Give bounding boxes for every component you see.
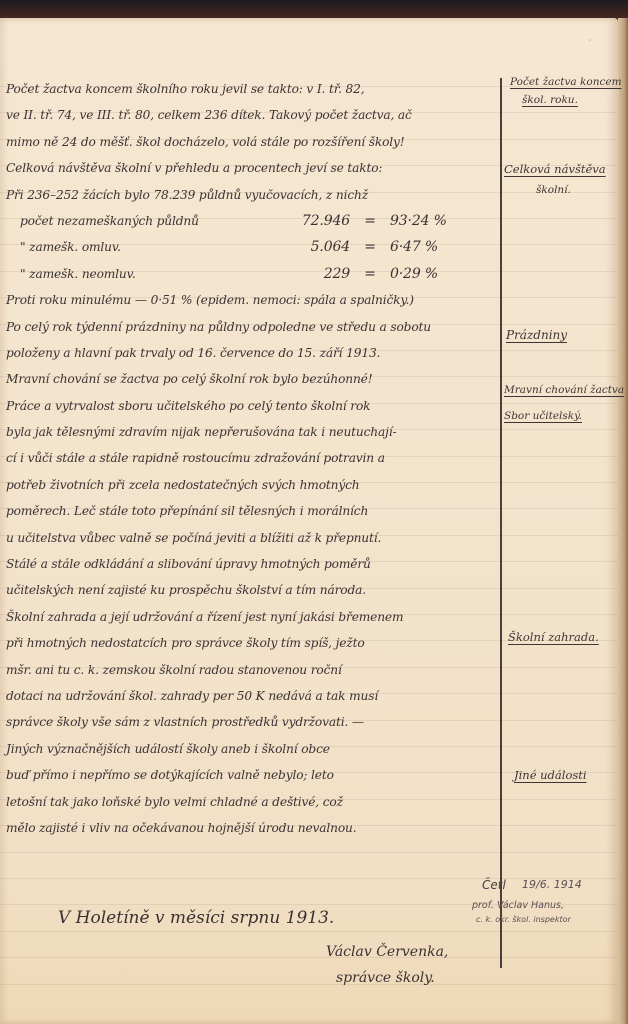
body-line: při hmotných nedostatcích pro správce šk…: [6, 630, 496, 656]
attendance-label: " zamešk. omluv.: [6, 234, 270, 260]
signature-title: správce školy.: [336, 970, 435, 986]
equals-sign: =: [350, 234, 390, 260]
signature: Václav Červenka,: [326, 944, 448, 960]
body-line: učitelských není zajisté ku prospěchu šk…: [6, 577, 496, 603]
attendance-value: 5.064: [270, 234, 350, 260]
attendance-label: " zamešk. neomluv.: [6, 261, 270, 287]
margin-rule: [500, 78, 502, 968]
body-line: Při 236–252 žácích bylo 78.239 půldnů vy…: [6, 182, 496, 208]
attendance-value: 72.946: [270, 208, 350, 234]
margin-note-other-events: Jiné události: [514, 768, 587, 782]
inspector-role: c. k. okr. škol. inspektor: [476, 915, 571, 924]
body-line: Stálé a stále odkládání a slibování úpra…: [6, 551, 496, 577]
margin-note-attendance: Celková návštěva: [504, 162, 606, 176]
body-line: Školní zahrada a její udržování a řízení…: [6, 604, 496, 630]
body-line: ve II. tř. 74, ve III. tř. 80, celkem 23…: [6, 102, 496, 128]
margin-note-school-garden: Školní zahrada.: [508, 630, 599, 644]
body-line: správce školy vše sám z vlastních prostř…: [6, 709, 496, 735]
body-line: cí i vůči stále a stále rapidně rostoucí…: [6, 445, 496, 471]
margin-note-attendance-2: školní.: [536, 184, 571, 196]
body-line: poměrech. Leč stále toto přepínání sil t…: [6, 498, 496, 524]
body-line: byla jak tělesnými zdravím nijak nepřeru…: [6, 419, 496, 445]
equals-sign: =: [350, 208, 390, 234]
ruled-line: [0, 852, 618, 853]
body-line: Jiných význačnějších událostí školy aneb…: [6, 736, 496, 762]
attendance-row: " zamešk. neomluv. 229 = 0·29 %: [6, 261, 496, 287]
body-line: Po celý rok týdenní prázdniny na půldny …: [6, 314, 496, 340]
ruled-line: [0, 957, 618, 958]
equals-sign: =: [350, 261, 390, 287]
margin-note-behaviour: Mravní chování žactva: [504, 384, 624, 396]
page-edge: [618, 18, 628, 1024]
attendance-row: počet nezameškaných půldnů 72.946 = 93·2…: [6, 208, 496, 234]
ruled-line: [0, 931, 618, 932]
chronicle-body: Počet žactva koncem školního roku jevil …: [6, 76, 496, 841]
read-mark: Četl: [482, 878, 506, 892]
inspection-date: 19/6. 1914: [522, 878, 582, 891]
attendance-label: počet nezameškaných půldnů: [6, 208, 270, 234]
inspector-name: prof. Václav Hanus,: [472, 900, 564, 911]
body-line: Práce a vytrvalost sboru učitelského po …: [6, 393, 496, 419]
body-line: u učitelstva vůbec valně se počíná jevit…: [6, 525, 496, 551]
place-date: V Holetíně v měsíci srpnu 1913.: [58, 908, 334, 928]
margin-note-teaching-staff: Sbor učitelský.: [504, 410, 582, 422]
body-line: potřeb životních při zcela nedostatečnýc…: [6, 472, 496, 498]
body-line: letošní tak jako loňské bylo velmi chlad…: [6, 789, 496, 815]
margin-note-holidays: Prázdniny: [506, 328, 567, 342]
body-line: mšr. ani tu c. k. zemskou školní radou s…: [6, 657, 496, 683]
body-line: Počet žactva koncem školního roku jevil …: [6, 76, 496, 102]
body-line: mělo zajisté i vliv na očekávanou hojněj…: [6, 815, 496, 841]
attendance-row: " zamešk. omluv. 5.064 = 6·47 %: [6, 234, 496, 260]
body-line: mimo ně 24 do měšť. škol docházelo, volá…: [6, 129, 496, 155]
margin-note-pupil-count-2: škol. roku.: [522, 94, 578, 106]
margin-note-pupil-count: Počet žactva koncem: [510, 76, 622, 88]
body-line: Mravní chování se žactva po celý školní …: [6, 366, 496, 392]
body-line: položeny a hlavní pak trvaly od 16. červ…: [6, 340, 496, 366]
attendance-percent: 6·47 %: [390, 234, 470, 260]
page-corner-mark: ˇ: [588, 40, 593, 50]
attendance-percent: 93·24 %: [390, 208, 470, 234]
body-line: dotaci na udržování škol. zahrady per 50…: [6, 683, 496, 709]
attendance-percent: 0·29 %: [390, 261, 470, 287]
ruled-line: [0, 984, 618, 985]
body-line: Proti roku minulému — 0·51 % (epidem. ne…: [6, 287, 496, 313]
body-line: Celková návštěva školní v přehledu a pro…: [6, 155, 496, 181]
attendance-value: 229: [270, 261, 350, 287]
body-line: buď přímo i nepřímo se dotýkajících valn…: [6, 762, 496, 788]
